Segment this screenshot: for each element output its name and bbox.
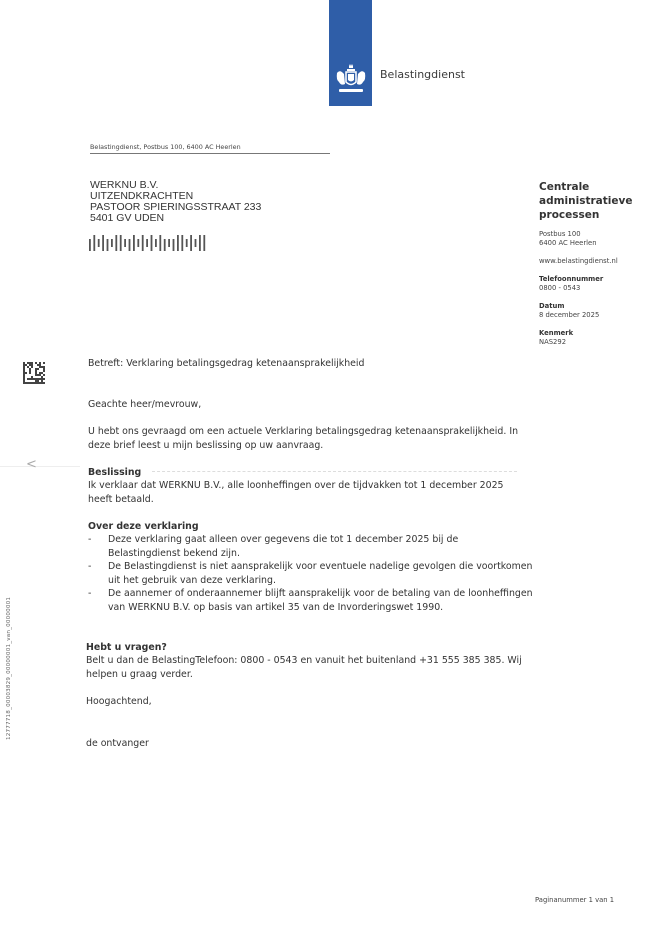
phone-label: Telefoonnummer [539, 275, 664, 284]
return-address: Belastingdienst, Postbus 100, 6400 AC He… [90, 143, 330, 154]
signer: de ontvanger [86, 737, 149, 751]
list-item-text: Deze verklaring gaat alleen over gegeven… [108, 534, 458, 559]
list-item: -De aannemer of onderaannemer blijft aan… [88, 587, 533, 614]
sender-info-column: Centrale administratieve processen Postb… [539, 180, 664, 347]
bullet-dash: - [88, 533, 91, 547]
fold-mark: < [26, 457, 37, 472]
list-item-text: De aannemer of onderaannemer blijft aans… [108, 588, 533, 613]
reference-value: NAS292 [539, 338, 664, 347]
postal-line-2: 6400 AC Heerlen [539, 239, 664, 248]
questions-paragraph: Belt u dan de BelastingTelefoon: 0800 - … [86, 654, 531, 681]
royal-coat-of-arms-icon [333, 63, 369, 99]
salutation: Geachte heer/mevrouw, [88, 398, 201, 412]
page-number: Paginanummer 1 van 1 [535, 896, 614, 904]
closing: Hoogachtend, [86, 695, 152, 709]
bullet-dash: - [88, 560, 91, 574]
bullet-dash: - [88, 587, 91, 601]
list-item: -Deze verklaring gaat alleen over gegeve… [88, 533, 533, 560]
about-heading: Over deze verklaring [88, 520, 199, 534]
decision-paragraph: Ik verklaar dat WERKNU B.V., alle loonhe… [88, 479, 528, 506]
reference-label: Kenmerk [539, 329, 664, 338]
website-link[interactable]: www.belastingdienst.nl [539, 257, 664, 266]
document-tracking-code: 12777718_00003829_00000001_van_00000001 [6, 597, 12, 740]
department-name: Centrale administratieve processen [539, 180, 664, 222]
fold-line [0, 466, 80, 467]
postal-line-1: Postbus 100 [539, 230, 664, 239]
date-label: Datum [539, 302, 664, 311]
list-item: -De Belastingdienst is niet aansprakelij… [88, 560, 533, 587]
questions-heading: Hebt u vragen? [86, 641, 167, 655]
logo-text: Belastingdienst [380, 68, 465, 81]
list-item-text: De Belastingdienst is niet aansprakelijk… [108, 561, 532, 586]
intro-paragraph: U hebt ons gevraagd om een actuele Verkl… [88, 425, 528, 452]
recipient-postcode-city: 5401 GV UDEN [90, 213, 261, 224]
decision-heading: Beslissing [88, 466, 141, 480]
phone-value: 0800 - 0543 [539, 284, 664, 293]
about-list: -Deze verklaring gaat alleen over gegeve… [88, 533, 533, 614]
subject-line: Betreft: Verklaring betalingsgedrag kete… [88, 357, 364, 371]
datamatrix-code-icon [23, 362, 45, 384]
postal-barcode [89, 235, 209, 251]
decision-divider [152, 471, 517, 472]
recipient-address: WERKNU B.V. UITZENDKRACHTEN PASTOOR SPIE… [90, 180, 261, 224]
date-value: 8 december 2025 [539, 311, 664, 320]
